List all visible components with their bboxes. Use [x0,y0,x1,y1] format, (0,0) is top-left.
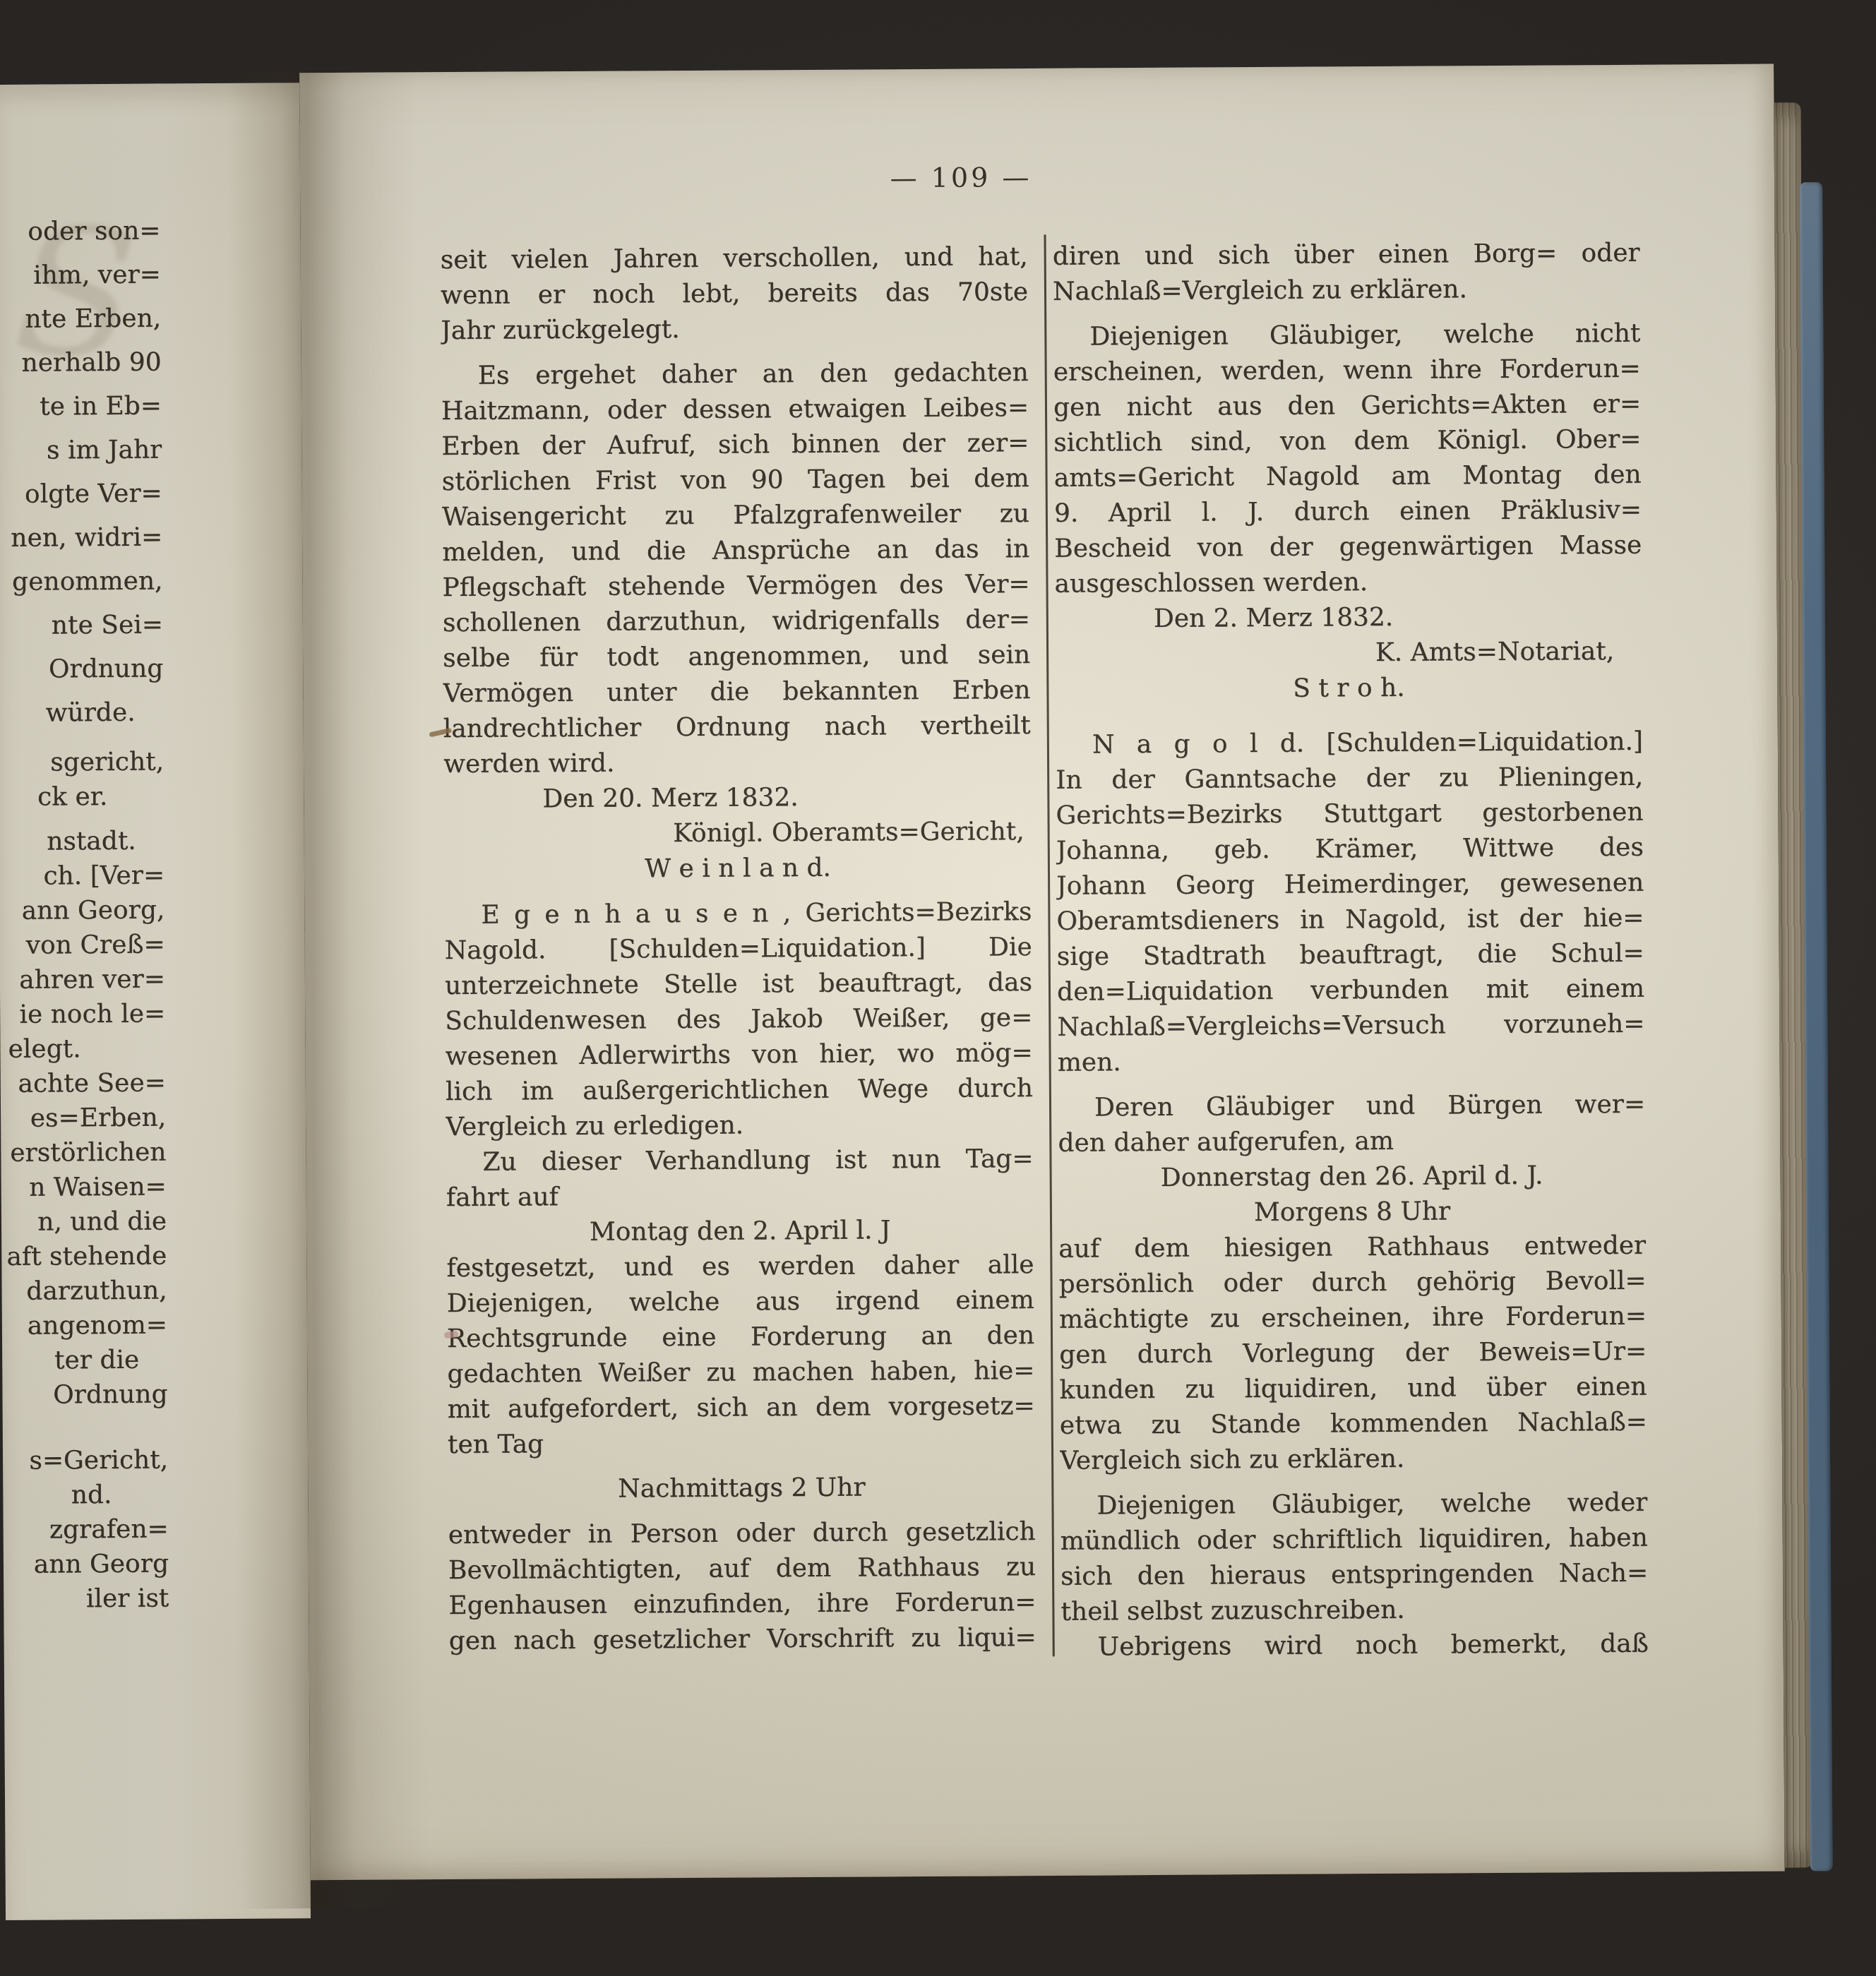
text-column-left: seit vielen Jahren verschollen, und hat,… [441,239,1036,1659]
left-page-text-fragment: erstörlichen [1,1135,166,1170]
text-line: lich im außergerichtlichen Wege durch [446,1071,1033,1110]
left-page-text-fragment: nen, widri= [0,516,162,561]
text-line: Vergleich sich zu erklären. [1060,1440,1647,1479]
text-line: Vermögen unter die bekannten Erben [443,673,1030,712]
text-line: Es ergehet daher an den gedachten [441,355,1029,394]
text-line: ausgeschlossen werden. [1054,563,1642,602]
left-page-text-fragment: oder son= [0,210,161,254]
text-line: wesenen Adlerwirths von hier, wo mög= [445,1036,1032,1074]
left-page-text-fragment: ahren ver= [0,962,165,998]
left-page-text-fragment: nerhalb 90 [0,341,162,385]
text-line: Johann Georg Heimerdinger, gewesenen [1056,866,1644,904]
text-line: Haitzmann, oder dessen etwaigen Leibes= [441,390,1029,429]
text-line: men. [1058,1042,1645,1081]
left-page-text-fragment: ck er. [0,779,164,815]
left-page-text-fragment: ch. [Ver= [0,858,165,894]
left-page-text-fragment: s=Gericht, [3,1442,168,1478]
left-page-text-fragment: elegt. [0,1031,165,1067]
text-line: Jahr zurückgelegt. [441,310,1028,349]
text-line: unterzeichnete Stelle ist beauftragt, da… [445,965,1032,1004]
text-line: Diejenigen, welche aus irgend einem [447,1283,1034,1322]
text-line: Donnerstag den 26. April d. J. [1058,1158,1646,1197]
left-page-text-fragment: ter die be= [2,1343,167,1378]
text-line: Erben der Aufruf, sich binnen der zer= [441,426,1029,465]
text-line: Nachlaß=Vergleichs=Versuch vorzuneh= [1057,1007,1644,1046]
text-line: sich den hieraus entspringenden Nach= [1061,1556,1648,1595]
text-line: persönlich oder durch gehörig Bevoll= [1058,1264,1646,1303]
text-line: Deren Gläubiger und Bürgen wer= [1058,1087,1645,1126]
left-page-text-fragment: ann Georg, [0,893,165,928]
text-line: kunden zu liquidiren, und über einen [1059,1370,1647,1408]
left-page-text-fragment: ann Georg [4,1546,169,1581]
left-page: S oder son=ihm, ver=nte Erben,nerhalb 90… [0,83,311,1920]
text-line: etwa zu Stande kommenden Nachlaß= [1060,1405,1647,1444]
left-page-text-fragment: sgericht, [0,745,164,780]
text-line: Schuldenwesen des Jakob Weißer, ge= [445,1000,1032,1039]
text-line: Uebrigens wird noch bemerkt, daß [1061,1627,1649,1665]
text-line: Nagold. [Schulden=Liquidation.] Die [445,930,1032,969]
open-book: S oder son=ihm, ver=nte Erben,nerhalb 90… [0,64,1841,1910]
page-number: — 109 — [784,161,1137,194]
text-line: amts=Gericht Nagold am Montag den [1053,457,1641,496]
left-page-text-fragment: Ordnung [0,647,163,692]
left-page-text-fragment: genommen, [0,560,163,604]
text-line: störlichen Frist von 90 Tagen bei dem [441,461,1029,500]
text-line: den=Liquidation verbunden mit einem [1057,971,1644,1010]
text-line: erscheinen, werden, wenn ihre Forderun= [1053,352,1641,390]
left-page-line-fragments: oder son=ihm, ver=nte Erben,nerhalb 90te… [0,210,169,1617]
left-page-text-fragment: ie noch le= [0,997,165,1032]
text-line: mit aufgefordert, sich an dem vorgesetz= [447,1389,1034,1427]
text-line: sige Stadtrath beauftragt, die Schul= [1057,936,1644,975]
text-line: gedachten Weißer zu machen haben, hie= [447,1353,1034,1392]
text-line: diren und sich über einen Borg= oder [1053,236,1640,275]
left-page-text-fragment: aft stehende [1,1239,167,1274]
text-line: fahrt auf [446,1177,1034,1216]
left-page-text-fragment: iler ist schon [4,1581,169,1616]
left-page-text-fragment: zgrafen= [4,1511,169,1547]
text-line: In der Ganntsache der zu Plieningen, [1056,760,1643,798]
text-line: Königl. Oberamts=Gericht, [444,814,1032,853]
text-line: Diejenigen Gläubiger, welche weder [1060,1485,1647,1524]
text-line: seit vielen Jahren verschollen, und hat, [441,239,1028,278]
text-line: Johanna, geb. Krämer, Wittwe des [1056,830,1644,869]
text-line: selbe für todt angenommen, und sein [443,637,1030,676]
text-line: theil selbst zuzuschreiben. [1061,1591,1648,1630]
left-page-text-fragment: ihm, ver= [0,253,161,298]
text-line: auf dem hiesigen Rathhaus entweder [1058,1228,1646,1267]
text-line: sichtlich sind, von dem Königl. Ober= [1053,422,1641,461]
text-line: Oberamtsdieners in Nagold, ist der hie= [1056,901,1644,940]
left-page-text-fragment: te in Eb= [0,385,162,429]
left-page-text-fragment: n, und die [1,1204,167,1240]
text-line: landrechtlicher Ordnung nach vertheilt [443,708,1031,747]
left-page-text-fragment: s im Jahr [0,429,162,473]
text-line: Nachlaß=Vergleich zu erklären. [1053,271,1640,310]
text-line: W e i n l a n d. [444,849,1032,888]
text-line: Vergleich zu erledigen. [446,1106,1033,1145]
left-page-text-fragment: es=Erben, [1,1101,166,1136]
left-page-text-fragment: nstadt. [0,824,165,859]
text-line: melden, und die Ansprüche an das in [442,532,1029,570]
text-line: entweder in Person oder durch gesetzlich [448,1514,1036,1553]
text-line: werden wird. [443,743,1031,782]
text-line: wenn er noch lebt, bereits das 70ste [441,275,1028,313]
right-page: — 109 — seit vielen Jahren verschollen, … [299,64,1785,1881]
text-line: gen durch Vorlegung der Beweis=Ur= [1059,1334,1647,1373]
text-line: Den 2. Merz 1832. [1055,599,1642,637]
text-line: Waisengericht zu Pfalzgrafenweiler zu [442,496,1029,535]
text-line: Montag den 2. April l. J [446,1212,1034,1251]
text-line: Pflegschaft stehende Vermögen des Ver= [442,567,1029,606]
left-page-text-fragment: würde. [0,691,164,736]
text-line: mächtigte zu erscheinen, ihre Forderun= [1059,1299,1647,1338]
text-line: K. Amts=Notariat, [1055,634,1642,673]
left-page-text-fragment: angenom= [2,1308,167,1343]
text-line: gen nicht aus den Gerichts=Akten er= [1053,387,1641,426]
text-line: Diejenigen Gläubiger, welche nicht [1053,316,1640,355]
left-page-text-fragment: nte Erben, [0,297,161,342]
text-line: 9. April l. J. durch einen Präklusiv= [1054,493,1642,532]
text-line: festgesetzt, und es werden daher alle [446,1247,1034,1286]
text-line: S t r o h. [1055,669,1642,708]
text-line: den daher aufgerufen, am [1058,1122,1645,1161]
left-page-text-fragment: nd. [3,1477,168,1512]
text-line: Morgens 8 Uhr [1058,1193,1646,1232]
text-line: ten Tag [448,1424,1035,1463]
left-page-text-fragment: darzuthun, [1,1274,167,1309]
left-page-text-fragment: Ordnung [2,1377,167,1413]
text-line: gen nach gesetzlicher Vorschrift zu liqu… [448,1620,1036,1659]
text-line: Zu dieser Verhandlung ist nun Tag= [446,1142,1033,1180]
text-line: schollenen darzuthun, widrigenfalls der= [443,602,1030,641]
left-page-text-fragment: achte See= [1,1066,166,1101]
text-column-right: diren und sich über einen Borg= oderNach… [1053,236,1649,1665]
text-line: Rechtsgrunde eine Forderung an den [447,1318,1034,1357]
text-line: Bescheid von der gegenwärtigen Masse [1054,528,1642,567]
text-line: mündlich oder schriftlich liquidiren, ha… [1061,1521,1648,1559]
left-page-text-fragment: n Waisen= [1,1170,167,1205]
text-line: N a g o l d. [Schulden=Liquidation.] [1056,724,1643,763]
text-line: Gerichts=Bezirks Stuttgart gestorbenen [1056,795,1643,834]
text-line: E g e n h a u s e n , Gerichts=Bezirks [444,894,1032,933]
left-page-text-fragment: olgte Ver= [0,472,162,517]
text-line: Nachmittags 2 Uhr [448,1469,1035,1508]
left-page-text-fragment: von Creß= [0,928,165,963]
left-page-text-fragment: nte Sei= [0,604,163,648]
text-line: Egenhausen einzufinden, ihre Forderun= [448,1585,1036,1624]
text-line: Den 20. Merz 1832. [443,779,1031,818]
photo-background: S oder son=ihm, ver=nte Erben,nerhalb 90… [0,0,1876,1976]
text-line: Bevollmächtigten, auf dem Rathhaus zu [448,1550,1036,1588]
